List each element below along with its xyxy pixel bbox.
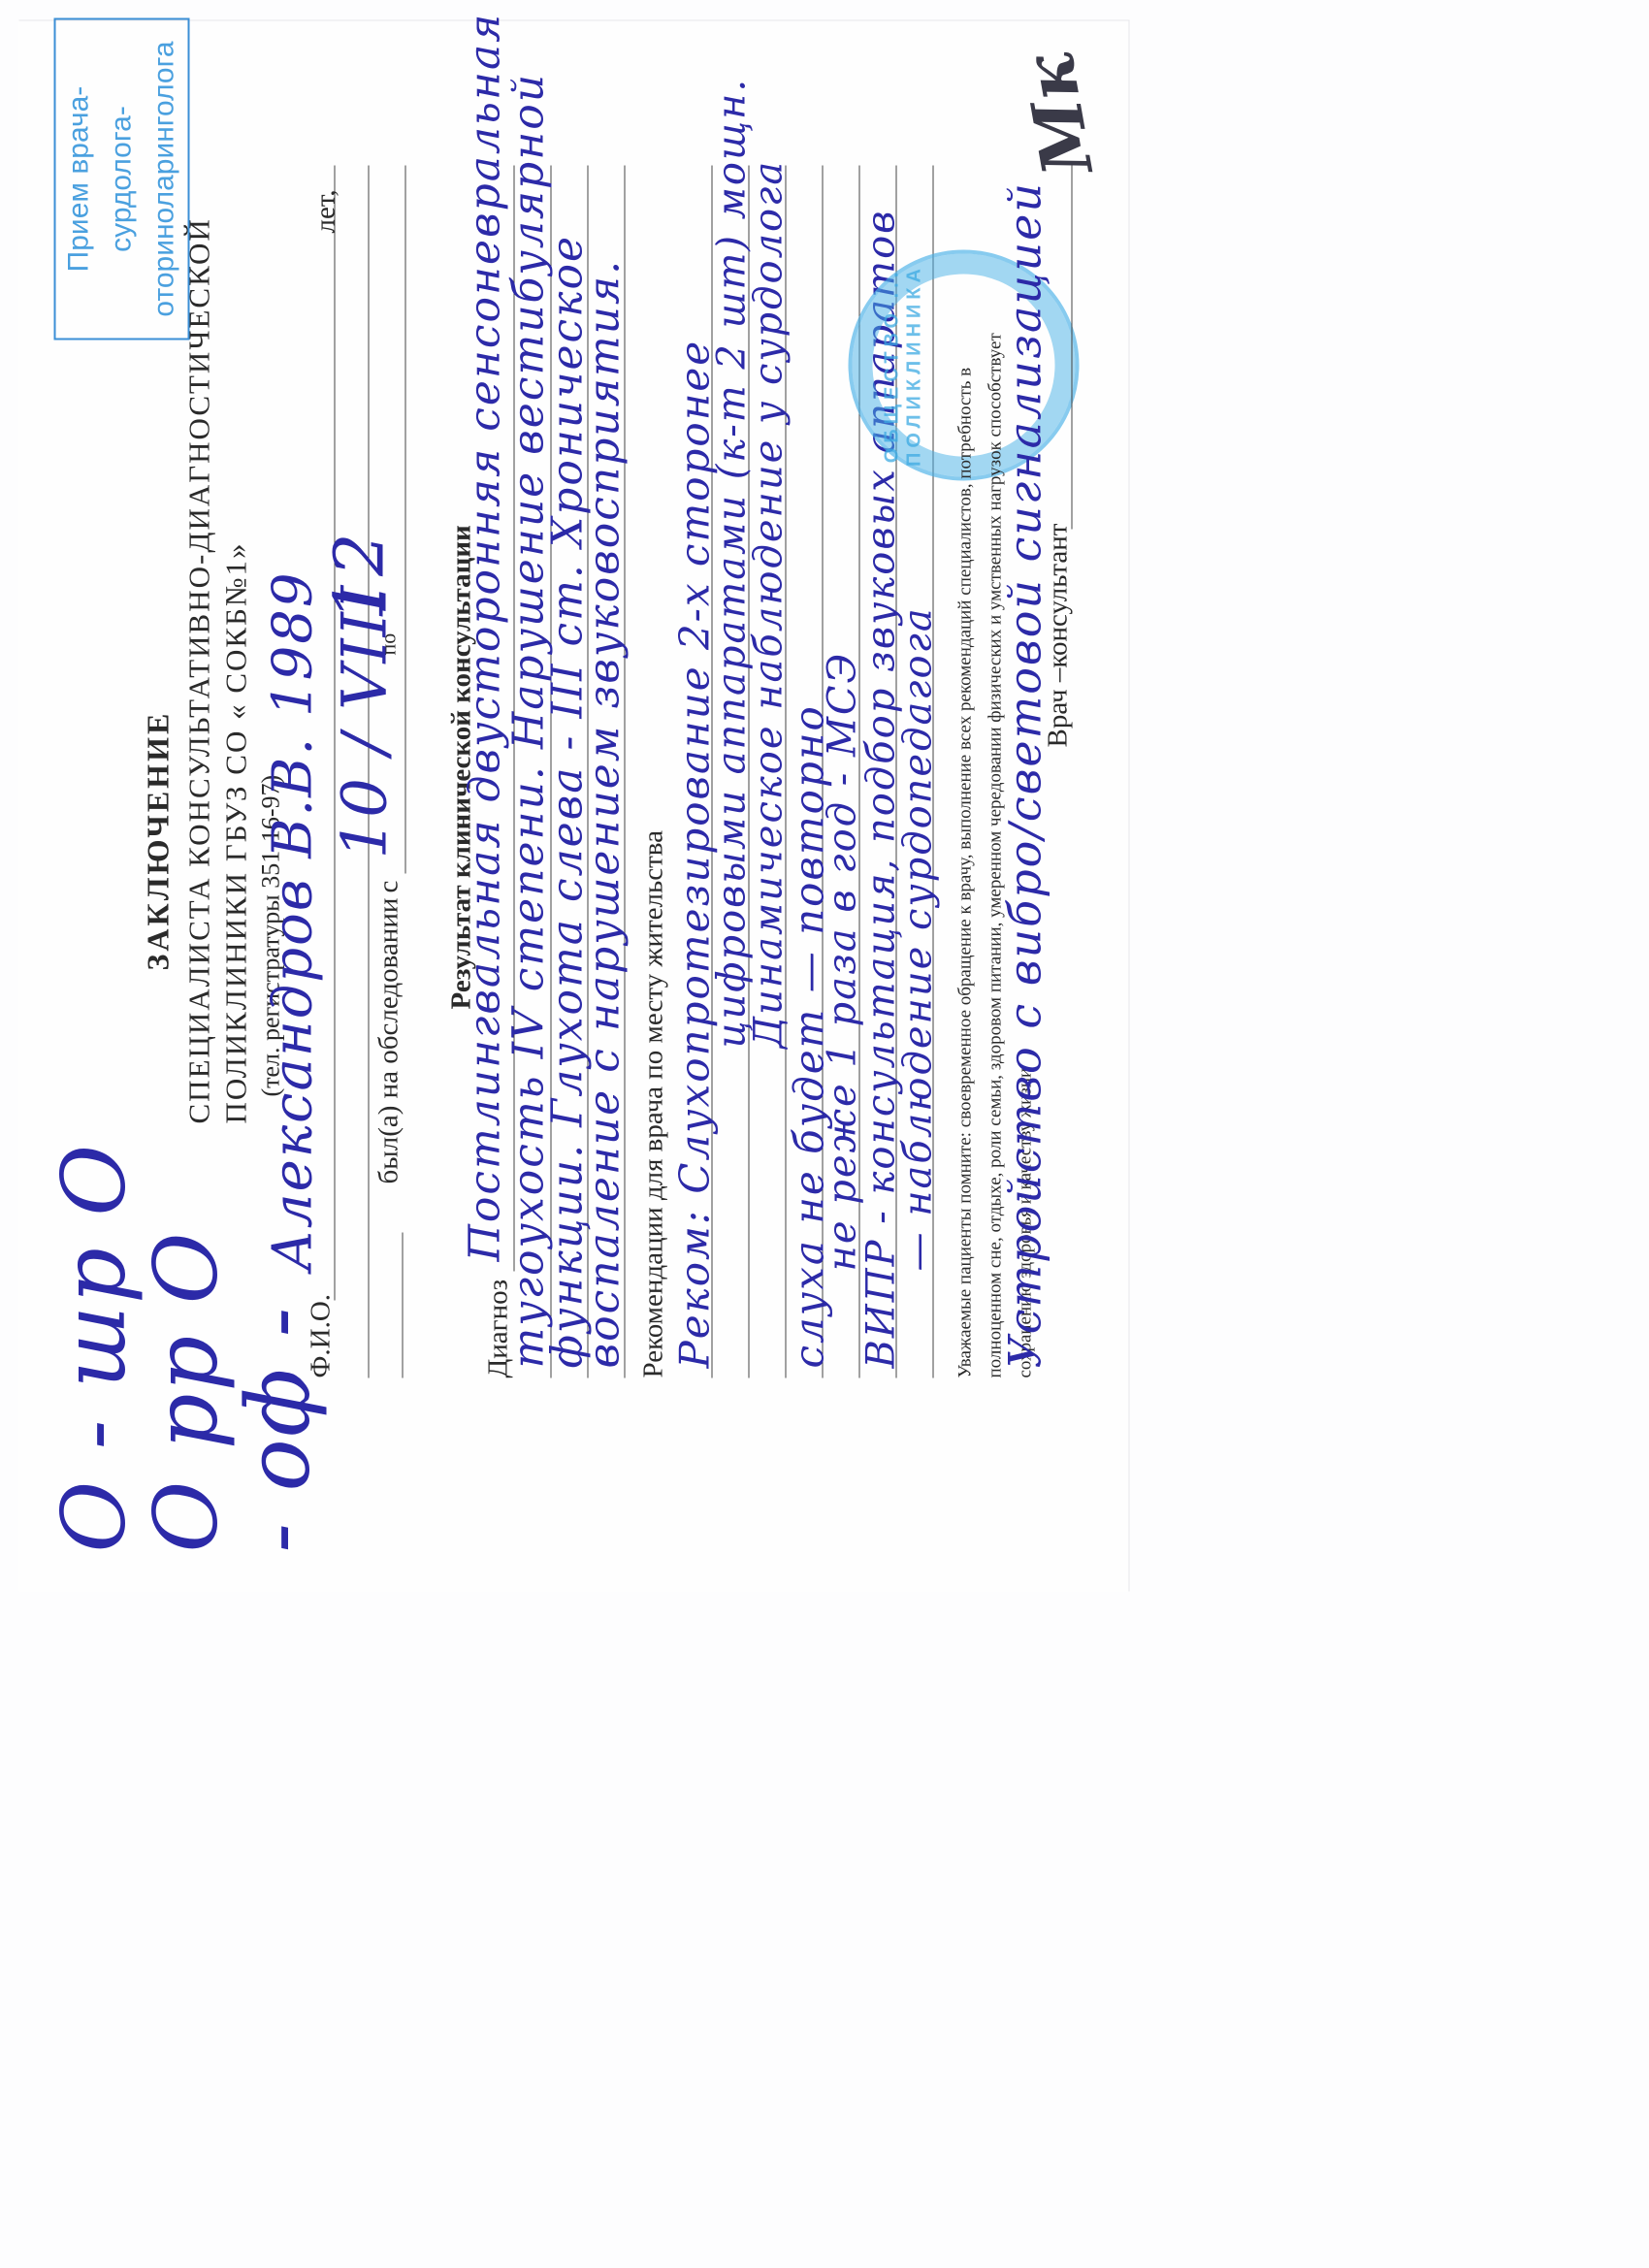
stamp-line: Прием врача-сурдолога- (58, 34, 144, 325)
visit-blank-line (403, 1233, 404, 1378)
margin-note-line: О - шр О (48, 1143, 141, 1553)
diagnosis-text-line[interactable]: Постлингвальная двусторонняя сенсоневрал… (461, 13, 510, 1262)
document-subtitle-line1: СПЕЦИАЛИСТА КОНСУЛЬТАТИВНО-ДИАГНОСТИЧЕСК… (182, 217, 217, 1123)
consultation-form-sheet: О - шр О О рр О - оф - Прием врача-сурдо… (19, 20, 1130, 1592)
margin-note-line: О рр О (141, 1143, 233, 1553)
visit-label: был(а) на обследовании (373, 898, 405, 1184)
age-suffix: лет, (310, 189, 342, 233)
visit-from-value[interactable]: 10 / VIII (330, 584, 402, 859)
recommendation-text-line[interactable]: — наблюдение сурдопедагога (896, 606, 941, 1271)
recommendation-text-line[interactable]: Устройство с вибро/световой сигнализацие… (999, 181, 1051, 1369)
notice-line: Уважаемые пациенты помните: своевременно… (951, 333, 981, 1377)
document-title: ЗАКЛЮЧЕНИЕ (141, 711, 177, 971)
visit-to-label: по (376, 633, 402, 656)
recommendations-label: Рекомендации для врача по месту жительст… (638, 830, 670, 1377)
visit-line (405, 166, 406, 874)
signature-line (1072, 166, 1073, 530)
visit-from-label: с (373, 881, 405, 893)
department-stamp: Прием врача-сурдолога- оториноларинголог… (54, 18, 190, 340)
stamp-line: оториноларинголога (144, 34, 186, 325)
diagnosis-text-line[interactable]: воспаление с нарушением звуковосприятия. (580, 259, 630, 1369)
fio-label: Ф.И.О. (306, 1294, 338, 1378)
doctor-label: Врач –консультант (1043, 524, 1075, 748)
visit-to-value[interactable]: 12 (320, 531, 400, 621)
document-subtitle-line2: ПОЛИКЛИНИКИ ГБУЗ СО « СОКБ№1» (219, 542, 254, 1124)
fio-value[interactable]: Александров В.В. 1989 (262, 571, 325, 1272)
